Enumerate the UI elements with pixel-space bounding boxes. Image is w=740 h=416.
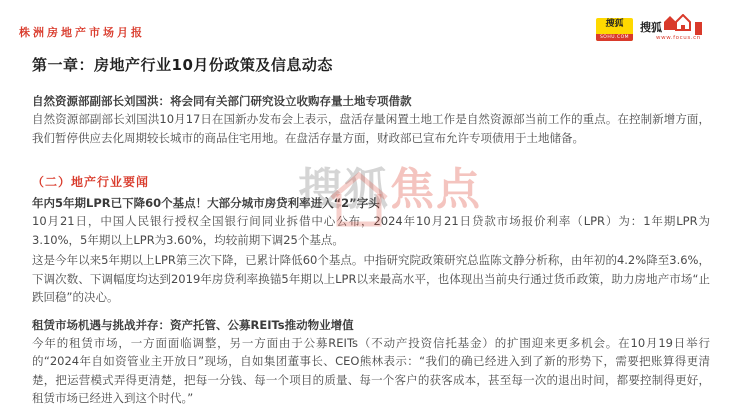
report-page: 株洲房地产市场月报 搜狐 SOHU.COM 搜狐 www.focus.cn: [0, 0, 740, 416]
sohu-focus-logo-text: 搜狐: [640, 20, 662, 35]
sohu-logo-domain: SOHU.COM: [596, 34, 633, 41]
logo-group: 搜狐 SOHU.COM 搜狐 www.focus.cn: [596, 18, 702, 42]
news-paragraph: 10月21日，中国人民银行授权全国银行间同业拆借中心公布，2024年10月21日…: [32, 212, 710, 249]
focus-seal-icon: [695, 22, 702, 35]
house-icon: [663, 14, 693, 35]
sohu-logo-text: 搜狐: [596, 18, 633, 30]
chapter-title: 第一章：房地产行业10月份政策及信息动态: [32, 54, 710, 75]
industry-section-label: （二）地产行业要闻: [32, 173, 710, 190]
news-heading-lpr: 年内5年期LPR已下降60个基点！大部分城市房贷利率进入“2”字头: [32, 194, 710, 212]
news-paragraph: 这是今年以来5年期以上LPR第三次下降，已累计降低60个基点。中指研究院政策研究…: [32, 251, 710, 307]
report-title: 株洲房地产市场月报: [19, 24, 145, 40]
sohu-focus-logo-domain: www.focus.cn: [640, 35, 701, 42]
news-heading-rental: 租赁市场机遇与挑战并存：资产托管、公募REITs推动物业增值: [32, 316, 710, 334]
policy-heading: 自然资源部副部长刘国洪：将会同有关部门研究设立收购存量土地专项借款: [32, 92, 710, 110]
document-body: 第一章：房地产行业10月份政策及信息动态 自然资源部副部长刘国洪：将会同有关部门…: [32, 54, 710, 408]
sohu-focus-logo-row: 搜狐: [640, 18, 702, 35]
policy-body-paragraph: 自然资源部副部长刘国洪10月17日在国新办发布会上表示，盘活存量闲置土地工作是自…: [32, 110, 710, 147]
sohu-logo: 搜狐 SOHU.COM: [596, 18, 633, 41]
sohu-focus-logo: 搜狐 www.focus.cn: [640, 18, 702, 42]
news-paragraph: 今年的租赁市场，一方面面临调整，另一方面由于公募REITs（不动产投资信托基金）…: [32, 334, 710, 408]
